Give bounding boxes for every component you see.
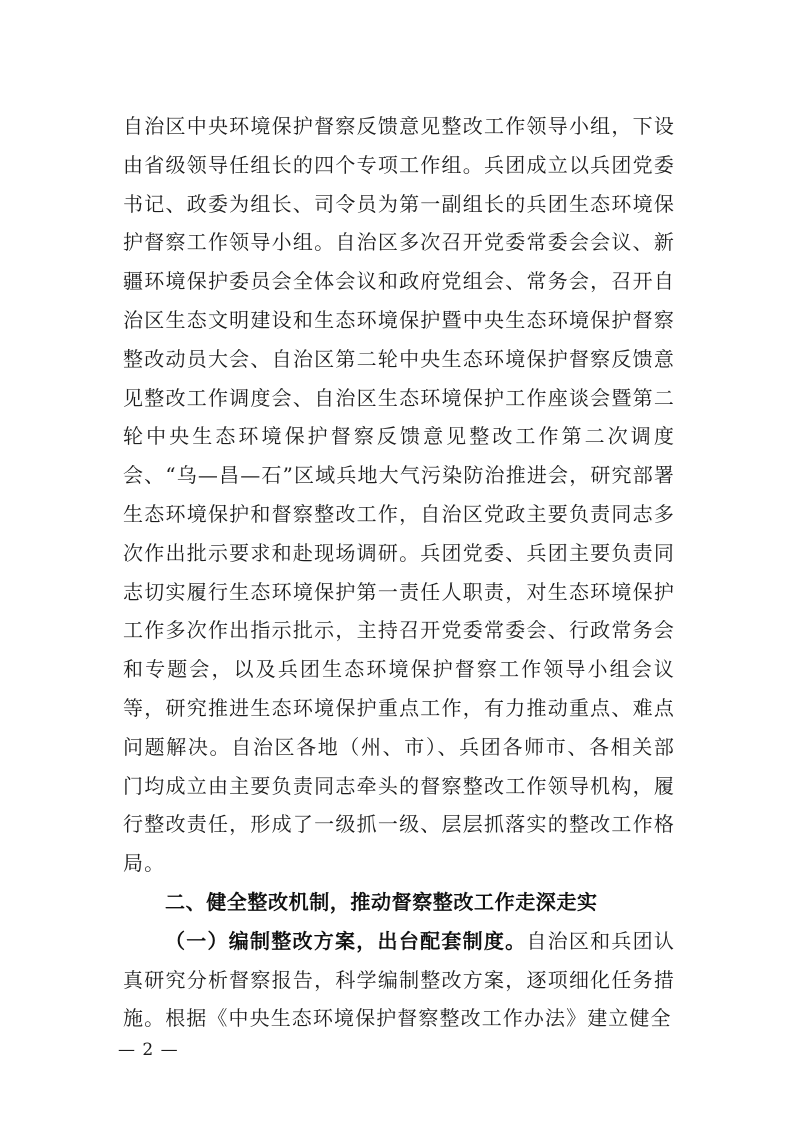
subsection-label: （一）编制整改方案，出台配套制度。: [165, 929, 526, 953]
body-paragraph-continued: 自治区中央环境保护督察反馈意见整改工作领导小组，下设由省级领导任组长的四个专项工…: [123, 107, 675, 883]
page-number: — 2 —: [118, 1040, 179, 1060]
section-heading: 二、健全整改机制，推动督察整改工作走深走实: [123, 883, 675, 922]
document-body: 自治区中央环境保护督察反馈意见整改工作领导小组，下设由省级领导任组长的四个专项工…: [123, 107, 675, 1038]
body-paragraph: （一）编制整改方案，出台配套制度。自治区和兵团认真研究分析督察报告，科学编制整改…: [123, 922, 675, 1038]
document-page: 自治区中央环境保护督察反馈意见整改工作领导小组，下设由省级领导任组长的四个专项工…: [0, 0, 793, 1122]
